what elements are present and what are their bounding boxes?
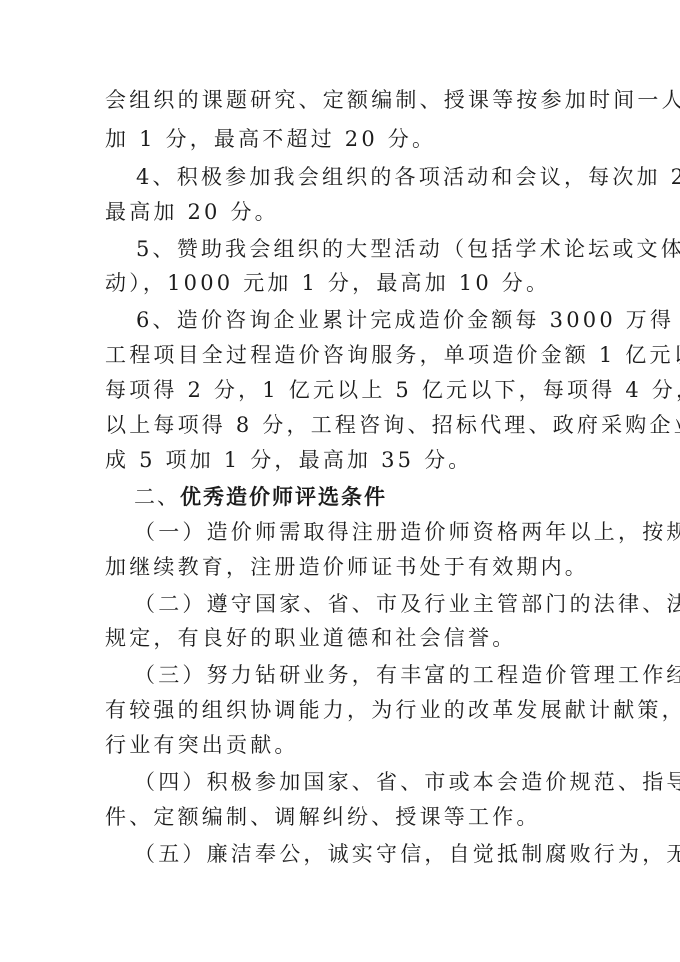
criteria-item-1-line: （一）造价师需取得注册造价师资格两年以上，按规定参: [134, 520, 604, 544]
section-heading-number: 二、: [134, 485, 180, 509]
paragraph-line: 动），1000 元加 1 分，最高加 10 分。: [105, 271, 605, 295]
criteria-item-3-line: （三）努力钻研业务，有丰富的工程造价管理工作经验，: [134, 663, 604, 687]
paragraph-line: 最高加 20 分。: [105, 200, 605, 224]
section-heading-title: 优秀造价师评选条件: [180, 484, 387, 509]
paragraph-line: 以上每项得 8 分，工程咨询、招标代理、政府采购企业每完: [105, 413, 605, 437]
paragraph-line: 件、定额编制、调解纠纷、授课等工作。: [105, 805, 605, 829]
list-item-4-line: 4、积极参加我会组织的各项活动和会议，每次加 2 分，: [136, 165, 606, 189]
criteria-item-5-line: （五）廉洁奉公，诚实守信，自觉抵制腐败行为，无违规: [134, 842, 604, 866]
paragraph-line: 加 1 分，最高不超过 20 分。: [105, 127, 605, 151]
criteria-item-4-line: （四）积极参加国家、省、市或本会造价规范、指导性文: [134, 770, 604, 794]
paragraph-line: 成 5 项加 1 分，最高加 35 分。: [105, 448, 605, 472]
section-heading: 二、优秀造价师评选条件: [134, 485, 604, 509]
criteria-item-2-line: （二）遵守国家、省、市及行业主管部门的法律、法规和: [134, 592, 604, 616]
list-item-5-line: 5、赞助我会组织的大型活动（包括学术论坛或文体活: [136, 237, 606, 261]
document-page: 会组织的课题研究、定额编制、授课等按参加时间一人一天 加 1 分，最高不超过 2…: [0, 0, 680, 962]
list-item-6-line: 6、造价咨询企业累计完成造价金额每 3000 万得 1 分；: [136, 308, 606, 332]
paragraph-line: 规定，有良好的职业道德和社会信誉。: [105, 626, 605, 650]
paragraph-line: 行业有突出贡献。: [105, 733, 605, 757]
paragraph-line: 加继续教育，注册造价师证书处于有效期内。: [105, 555, 605, 579]
paragraph-line: 会组织的课题研究、定额编制、授课等按参加时间一人一天: [105, 88, 605, 112]
paragraph-line: 有较强的组织协调能力，为行业的改革发展献计献策，对本: [105, 698, 605, 722]
paragraph-line: 每项得 2 分，1 亿元以上 5 亿元以下，每项得 4 分，5 亿元: [105, 378, 605, 402]
paragraph-line: 工程项目全过程造价咨询服务，单项造价金额 1 亿元以下，: [105, 343, 605, 367]
